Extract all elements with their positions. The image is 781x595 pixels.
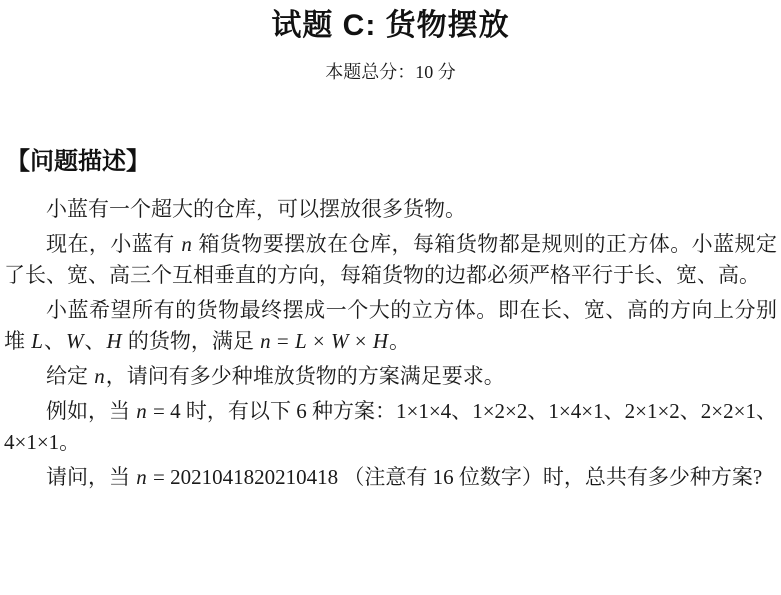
math-variable: H: [105, 329, 122, 353]
paragraph: 请问，当 n = 2021041820210418 （注意有 16 位数字）时，…: [4, 462, 777, 493]
math-variable: H: [372, 329, 389, 353]
section-header-problem-description: 【问题描述】: [6, 145, 777, 178]
document-page: 试题 C: 货物摆放 本题总分：10 分 【问题描述】 小蓝有一个超大的仓库，可…: [0, 0, 781, 595]
math-variable: W: [65, 329, 85, 353]
math-variable: n: [259, 329, 272, 353]
text-run: 、: [84, 329, 105, 353]
text-run: 的货物，满足: [123, 329, 260, 353]
text-run: 请问，当: [46, 465, 135, 489]
text-run: 、: [44, 329, 65, 353]
math-variable: n: [135, 465, 148, 489]
text-run: ，请问有多少种堆放货物的方案满足要求。: [106, 364, 505, 388]
text-run: 。: [389, 329, 410, 353]
paragraph: 小蓝有一个超大的仓库，可以摆放很多货物。: [4, 194, 777, 225]
text-run: 现在，小蓝有: [46, 232, 180, 256]
page-subtitle: 本题总分：10 分: [4, 60, 777, 85]
math-variable: W: [330, 329, 350, 353]
text-run: = 2021041820210418 （注意有 16 位数字）时，总共有多少种方…: [148, 465, 762, 489]
paragraph: 给定 n，请问有多少种堆放货物的方案满足要求。: [4, 361, 777, 392]
paragraph: 例如，当 n = 4 时，有以下 6 种方案：1×1×4、1×2×2、1×4×1…: [4, 396, 777, 458]
math-variable: L: [294, 329, 308, 353]
text-run: 小蓝有一个超大的仓库，可以摆放很多货物。: [46, 197, 466, 221]
math-variable: L: [30, 329, 44, 353]
paragraph: 现在，小蓝有 n 箱货物要摆放在仓库，每箱货物都是规则的正方体。小蓝规定了长、宽…: [4, 229, 777, 291]
text-run: ×: [349, 329, 371, 353]
text-run: =: [272, 329, 294, 353]
text-run: 给定: [46, 364, 93, 388]
paragraph: 小蓝希望所有的货物最终摆成一个大的立方体。即在长、宽、高的方向上分别堆 L、W、…: [4, 295, 777, 357]
math-variable: n: [93, 364, 106, 388]
text-run: 例如，当: [46, 399, 135, 423]
text-run: ×: [308, 329, 330, 353]
problem-body: 小蓝有一个超大的仓库，可以摆放很多货物。现在，小蓝有 n 箱货物要摆放在仓库，每…: [4, 194, 777, 493]
math-variable: n: [135, 399, 148, 423]
page-title: 试题 C: 货物摆放: [4, 6, 777, 46]
math-variable: n: [180, 232, 193, 256]
